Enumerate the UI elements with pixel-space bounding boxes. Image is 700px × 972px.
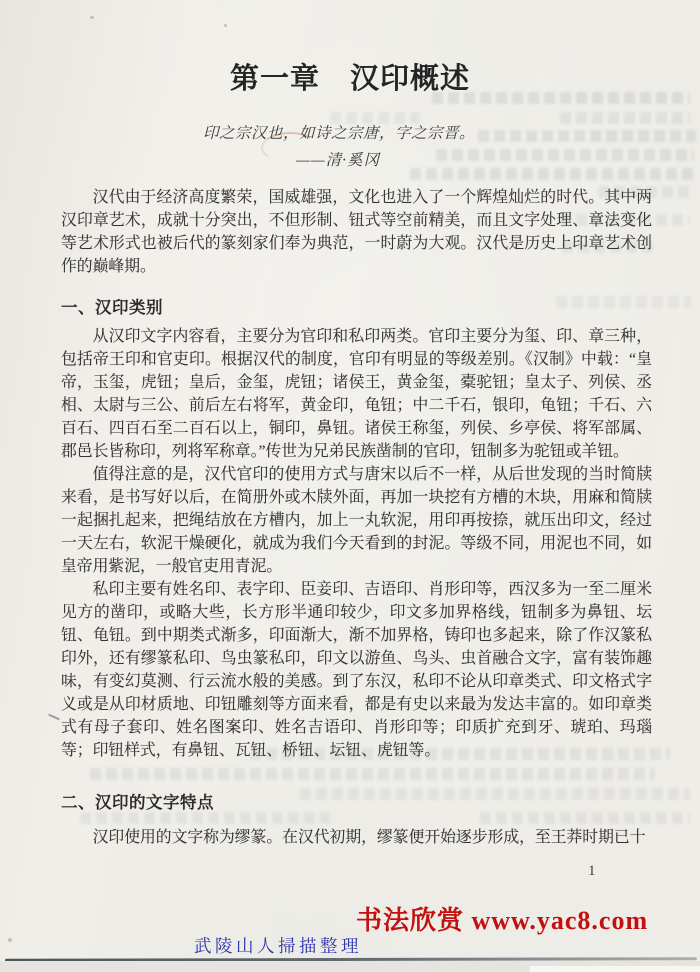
epigraph-attribution: ——清·奚冈 xyxy=(296,148,380,170)
scan-speck xyxy=(224,24,227,27)
bleed-through-mark xyxy=(410,168,695,180)
section-1-body: 从汉印文字内容看，主要分为官印和私印两类。官印主要分为玺、印、章三种，包括帝王印… xyxy=(61,325,652,762)
body-paragraph: 值得注意的是，汉代官印的使用方式与唐宋以后不一样，从后世发现的当时简牍来看，是书… xyxy=(61,463,652,578)
bleed-through-mark xyxy=(556,296,691,308)
bleed-through-mark xyxy=(480,812,690,824)
intro-paragraph: 汉代由于经济高度繁荣，国威雄强，文化也进入了一个辉煌灿烂的时代。其中两汉印章艺术… xyxy=(61,186,652,278)
bleed-through-mark xyxy=(300,788,690,800)
bleed-through-mark xyxy=(80,812,330,824)
watermark-scanner-credit: 武陵山人掃描整理 xyxy=(194,933,362,958)
bleed-through-mark xyxy=(90,768,655,780)
bleed-through-mark xyxy=(436,149,694,161)
intro-block: 汉代由于经济高度繁荣，国威雄强，文化也进入了一个辉煌灿烂的时代。其中两汉印章艺术… xyxy=(61,186,652,278)
pen-mark xyxy=(48,714,60,721)
section-heading-seal-categories: 一、汉印类别 xyxy=(61,294,163,318)
section-2-body: 汉印使用的文字称为缪篆。在汉代初期，缪篆便开始逐步形成，至王莽时期已十 xyxy=(61,826,652,849)
body-paragraph: 汉印使用的文字称为缪篆。在汉代初期，缪篆便开始逐步形成，至王莽时期已十 xyxy=(61,826,652,849)
scanned-book-page: 第一章 汉印概述 印之宗汉也，如诗之宗唐，字之宗晋。 ——清·奚冈 汉代由于经济… xyxy=(0,0,700,972)
epigraph-quote: 印之宗汉也，如诗之宗唐，字之宗晋。 xyxy=(203,121,475,143)
chapter-title: 第一章 汉印概述 xyxy=(0,56,700,97)
scan-speck xyxy=(90,16,94,19)
bleed-through-mark xyxy=(560,112,690,124)
watermark-site: 书法欣赏 www.yac8.com xyxy=(356,900,648,937)
scan-corner-highlight xyxy=(530,966,700,972)
page-number: 1 xyxy=(588,863,596,880)
bleed-through-mark xyxy=(478,130,696,142)
scan-speck xyxy=(8,938,12,942)
body-paragraph: 私印主要有姓名印、表字印、臣妾印、吉语印、肖形印等，西汉多为一至二厘米见方的凿印… xyxy=(61,578,652,762)
body-paragraph: 从汉印文字内容看，主要分为官印和私印两类。官印主要分为玺、印、章三种，包括帝王印… xyxy=(61,325,652,463)
section-heading-seal-script-features: 二、汉印的文字特点 xyxy=(61,789,214,813)
